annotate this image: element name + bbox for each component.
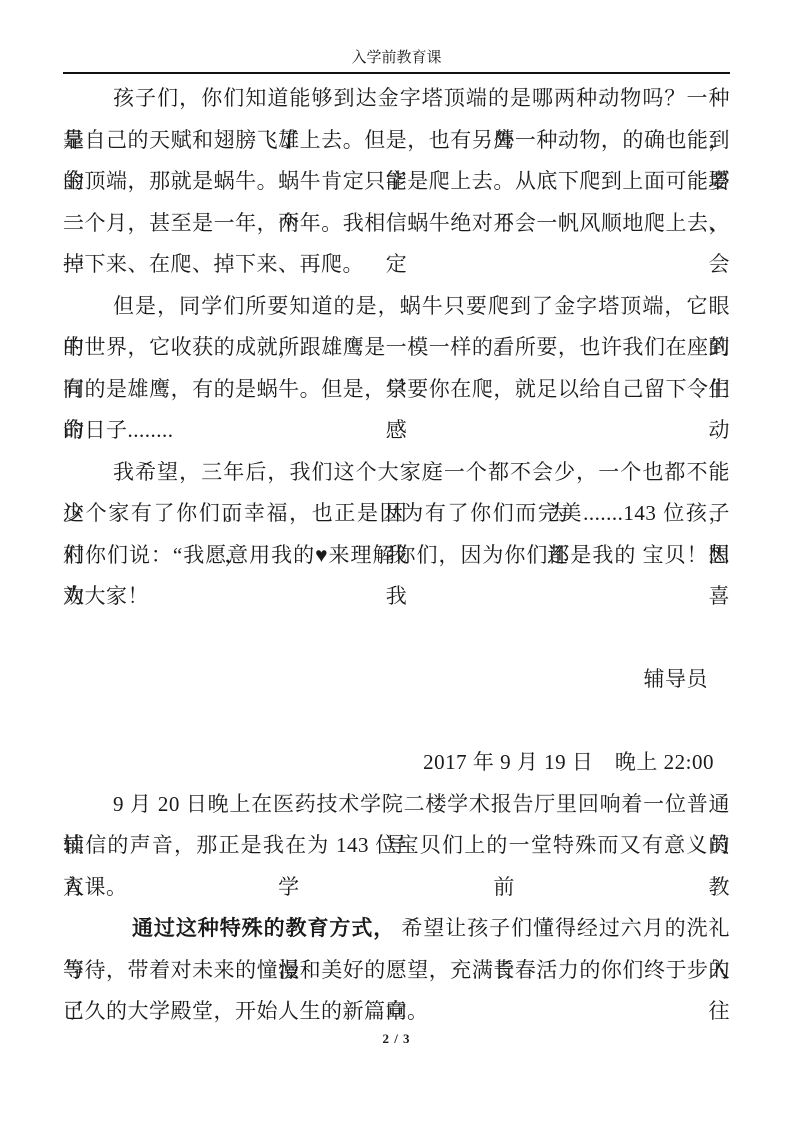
paragraph-1-line-1: 孩子们，你们知道能够到达金字塔顶端的是哪两种动物吗？一种是雄鹰，: [63, 78, 730, 120]
blank-line: [63, 618, 730, 660]
paragraph-1-line-4: 二个月，甚至是一年，两年。我相信蜗牛绝对不会一帆风顺地爬上去，一定会: [63, 203, 730, 245]
signature: 辅导员: [63, 659, 730, 701]
paragraph-2-line-2: 的世界，它收获的成就，跟雄鹰是一模一样的。所要，也许我们在座的同学们: [63, 327, 730, 369]
paragraph-2-line-1: 但是，同学们所要知道的是，蜗牛只要爬到了金字塔顶端，它眼中所看到: [63, 286, 730, 328]
document-page: 入学前教育课 孩子们，你们知道能够到达金字塔顶端的是哪两种动物吗？一种是雄鹰， …: [0, 0, 793, 1122]
date-line: 2017 年 9 月 19 日 晚上 22:00: [63, 742, 730, 784]
document-body: 孩子们，你们知道能够到达金字塔顶端的是哪两种动物吗？一种是雄鹰， 靠自己的天赋和…: [63, 78, 730, 1033]
page-header: 入学前教育课: [63, 49, 730, 74]
page-footer: 2 / 3: [0, 1031, 793, 1047]
paragraph-1-line-2: 靠自己的天赋和翅膀飞了上去。但是，也有另外一种动物，的确也能到金字塔: [63, 120, 730, 162]
page-number: 2 / 3: [382, 1031, 410, 1046]
signature-text: 辅导员: [644, 667, 709, 691]
paragraph-3-line-2: 这个家有了你们而幸福，也正是因为有了你们而完美.......143 位孩子们，我…: [63, 493, 730, 535]
paragraph-4-line-2: 读信的声音，那正是我在为 143 位宝贝们上的一堂特殊而又有意义的入学前教: [63, 825, 730, 867]
paragraph-4-line-1: 9 月 20 日晚上在医药技术学院二楼学术报告厅里回响着一位普通辅导员: [63, 784, 730, 826]
paragraph-3-line-3: 对你们说：“我愿意用我的♥来理解你们，因为你们都是我的 宝贝！因为我喜: [63, 535, 730, 577]
date-text: 2017 年 9 月 19 日 晚上 22:00: [423, 750, 714, 774]
paragraph-1-line-3: 的顶端，那就是蜗牛。蜗牛肯定只能是爬上去。从底下爬到上面可能要一个月、: [63, 161, 730, 203]
blank-line: [63, 701, 730, 743]
paragraph-5-line-1: 通过这种特殊的教育方式， 希望让孩子们懂得经过六月的洗礼与漫长的: [63, 908, 730, 950]
paragraph-2-line-3: 有的是雄鹰，有的是蜗牛。但是，只要你在爬，就足以给自己留下令生命感动: [63, 369, 730, 411]
paragraph-3-line-1: 我希望，三年后，我们这个大家庭一个都不会少，一个也都不能少。因为，: [63, 452, 730, 494]
paragraph-5-line-2: 等待，带着对未来的憧憬和美好的愿望，充满青春活力的你们终于步入了向往: [63, 950, 730, 992]
header-title: 入学前教育课: [351, 50, 441, 66]
paragraph-5-bold-text: 通过这种特殊的教育方式，: [132, 916, 395, 940]
